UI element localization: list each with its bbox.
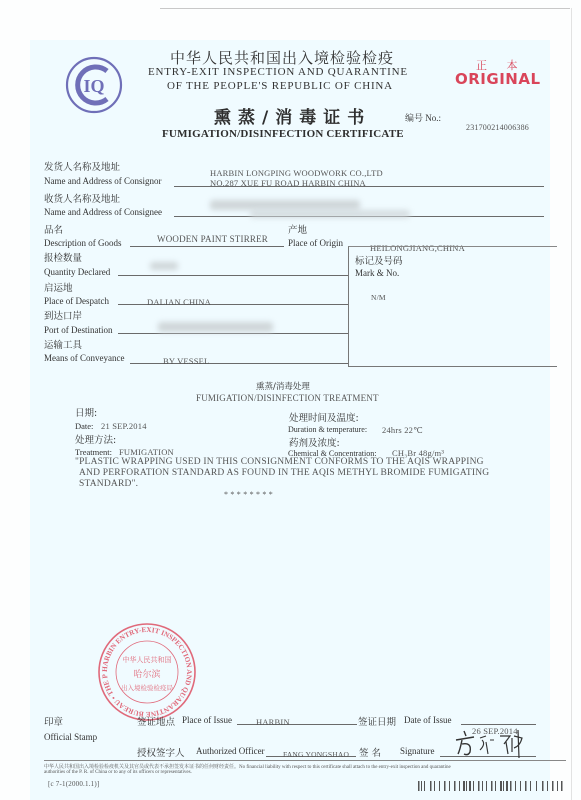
consignee-redacted: [210, 200, 360, 210]
destination-underline: [118, 333, 348, 334]
signature-label-en: Signature: [400, 746, 435, 756]
quantity-redacted: [150, 262, 178, 270]
agency-name-en-line1: ENTRY-EXIT INSPECTION AND QUARANTINE: [148, 66, 408, 78]
page-edge-right: [571, 8, 572, 800]
conveyance-label-cn: 运输工具: [44, 337, 82, 351]
origin-label-cn: 产地: [288, 222, 307, 236]
goods-description: WOODEN PAINT STIRRER: [157, 234, 268, 244]
quantity-label-en: Quantity Declared: [44, 267, 110, 277]
date-of-issue-underline: [461, 724, 536, 725]
svg-text:中华人民共和国: 中华人民共和国: [123, 655, 172, 664]
goods-label-en: Description of Goods: [44, 238, 122, 248]
destination-label-cn: 到达口岸: [44, 308, 82, 322]
treatment-heading-cn: 熏蒸/消毒处理: [256, 380, 310, 392]
disclaimer-line-2: authorities of the P. R. of China or to …: [44, 770, 192, 775]
officer-label-en: Authorized Officer: [196, 746, 265, 756]
consignee-label-en: Name and Address of Consignee: [44, 207, 162, 217]
footer-divider: [44, 760, 566, 761]
svg-text:哈尔滨: 哈尔滨: [133, 668, 160, 680]
place-of-issue-label-en: Place of Issue: [182, 715, 232, 725]
goods-label-cn: 品名: [44, 222, 63, 236]
duration-label-en: Duration & temperature:: [288, 425, 367, 434]
conveyance-label-en: Means of Conveyance: [44, 353, 124, 363]
means-of-conveyance: BY VESSEL: [163, 356, 209, 366]
place-of-issue-label-cn: 签证地点: [137, 714, 175, 728]
page-edge-top: [160, 8, 570, 9]
duration-value: 24hrs 22℃: [382, 425, 423, 436]
authorized-officer: FANG YONGSHAO: [283, 750, 349, 759]
date-of-issue-label-en: Date of Issue: [404, 715, 451, 725]
place-of-issue-underline: [237, 724, 357, 725]
statement-line-1: "PLASTIC WRAPPING USED IN THIS CONSIGNME…: [75, 457, 484, 467]
end-marks: * * * * * * * *: [224, 490, 273, 499]
consignor-label-en: Name and Address of Consignor: [44, 176, 161, 186]
consignee-label-cn: 收货人名称及地址: [44, 191, 120, 205]
statement-line-3: STANDARD".: [79, 479, 138, 489]
barcode-icon: [418, 781, 566, 791]
certificate-title-cn: 熏蒸/消毒证书: [214, 103, 371, 128]
svg-text:出入境检验检疫局: 出入境检验检疫局: [121, 683, 174, 692]
destination-label-en: Port of Destination: [44, 325, 113, 335]
treatment-method-label-cn: 处理方法:: [75, 432, 116, 446]
despatch-label-en: Place of Despatch: [44, 296, 109, 306]
quantity-label-cn: 报检数量: [44, 250, 82, 264]
consignor-label-cn: 发货人名称及地址: [44, 159, 120, 173]
signature-label-cn: 签 名: [359, 745, 381, 759]
agency-name-cn: 中华人民共和国出入境检验检疫: [170, 47, 394, 68]
origin-label-en: Place of Origin: [288, 238, 343, 248]
treatment-date-label-en: Date:: [75, 421, 93, 431]
goods-underline: [130, 246, 284, 247]
official-stamp-icon: HARBIN ENTRY-EXIT INSPECTION AND QUARANT…: [97, 622, 197, 722]
place-of-despatch: DALIAN CHINA: [147, 297, 211, 307]
statement-line-2: AND PERFORATION STANDARD AS FOUND IN THE…: [79, 468, 489, 478]
officer-label-cn: 授权签字人: [137, 745, 185, 759]
svg-text:IQ: IQ: [83, 76, 104, 96]
certificate-number: 231700214006386: [466, 123, 529, 132]
original-label-en: ORIGINAL: [455, 70, 541, 88]
consignor-address: NO.287 XUE FU ROAD HARBIN CHINA: [210, 178, 366, 188]
duration-label-cn: 处理时间及温度:: [289, 410, 359, 424]
treatment-heading-en: FUMIGATION/DISINFECTION TREATMENT: [196, 393, 379, 403]
form-code: [c 7-1(2000.1.1)]: [48, 780, 99, 788]
stamp-label-cn: 印章: [44, 714, 63, 728]
date-of-issue-label-cn: 签证日期: [358, 714, 396, 728]
certificate-number-label: 编号 No.:: [405, 111, 441, 124]
treatment-method: FUMIGATION: [119, 447, 174, 457]
place-of-issue: HARBIN: [256, 717, 290, 727]
marks-value: N/M: [371, 293, 386, 302]
treatment-method-label-en: Treatment:: [75, 447, 112, 457]
chemical-label-cn: 药剂及浓度:: [289, 435, 340, 449]
stamp-label-en: Official Stamp: [44, 732, 97, 742]
agency-name-en-line2: OF THE PEOPLE'S REPUBLIC OF CHINA: [167, 80, 393, 92]
handwritten-signature-icon: [452, 728, 532, 758]
quantity-underline: [118, 275, 348, 276]
ciq-logo-icon: IQ: [63, 54, 125, 116]
treatment-date: 21 SEP.2014: [101, 421, 147, 431]
despatch-label-cn: 启运地: [44, 280, 73, 294]
destination-redacted: [158, 322, 273, 332]
treatment-date-label-cn: 日期:: [75, 405, 97, 419]
disclaimer-line-1: 中华人民共和国出入境检验检疫机关及其官员或代表不承担签发本证书的任何财经责任。N…: [44, 763, 451, 770]
marks-label-en: Mark & No.: [355, 268, 399, 278]
consignee-redacted-2: [250, 210, 410, 218]
marks-label-cn: 标记及号码: [355, 253, 403, 267]
certificate-title-en: FUMIGATION/DISINFECTION CERTIFICATE: [162, 128, 404, 140]
consignor-name: HARBIN LONGPING WOODWORK CO.,LTD: [210, 168, 383, 178]
